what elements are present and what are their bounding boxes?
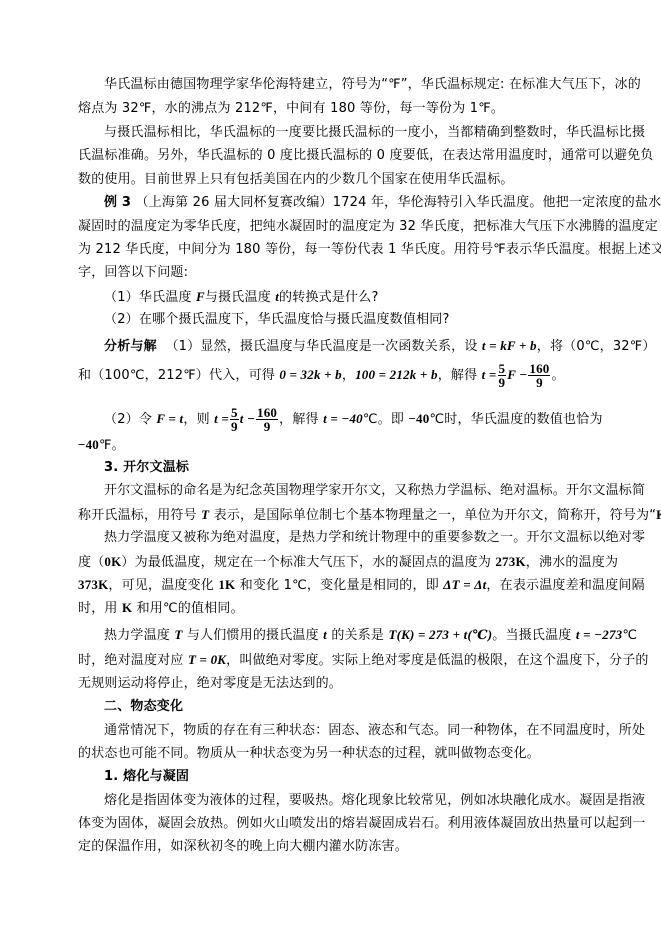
text: 与人们惯用的摄氏温度	[183, 628, 324, 643]
text: ）为最低温度，规定在一个标准大气压下，水的凝固点的温度为	[121, 555, 495, 570]
math-eq: 373K	[78, 577, 108, 592]
paragraph-line: 的状态也可能不同。物质从一种状态变为另一种状态的过程，就叫做物态变化。	[78, 745, 540, 763]
paragraph-line: 度（0K）为最低温度，规定在一个标准大气压下，水的凝固点的温度为 273K，沸水…	[78, 553, 618, 572]
paragraph-line: 开尔文温标的命名是为纪念英国物理学家开尔文，又称热力学温标、绝对温标。开尔文温标…	[104, 482, 645, 500]
text: ，解得	[279, 412, 323, 427]
text: 时，绝对温度对应	[78, 653, 188, 668]
math-eq: 0K	[104, 554, 121, 569]
text: ，解得	[438, 368, 482, 383]
paragraph-line: 华氏温标由德国物理学家华伦海特建立，符号为“℉”，华氏温标规定: 在标准大气压下…	[104, 76, 641, 94]
math-var: F	[196, 289, 205, 304]
example-line: 例 3 （上海第 26 届大同杯复赛改编）1724 年，华伦海特引入华氏温度。他…	[104, 194, 661, 212]
question-1: （1）华氏温度 F与摄氏温度 t的转换式是什么?	[104, 288, 379, 307]
math-var: T	[174, 627, 182, 642]
math-eq: T(K) = 273 + t(℃)	[388, 627, 492, 642]
paragraph-line: 热力学温度 T 与人们惯用的摄氏温度 t 的关系是 T(K) = 273 + t…	[104, 626, 637, 645]
text: 的转换式是什么?	[279, 290, 379, 305]
paragraph-line: 时，绝对温度对应 T = 0K，叫做绝对零度。实际上绝对零度是低温的极限，在这个…	[78, 651, 649, 670]
math-eq: −40	[78, 437, 99, 452]
math-eq: t =	[214, 411, 229, 426]
example-line: 为 212 华氏度，中间分为 180 等份，每一等份代表 1 华氏度。用符号℉表…	[78, 241, 661, 259]
paragraph-line: 体变为固体，凝固会放热。例如火山喷发出的熔岩凝固成岩石。利用液体凝固放出热量可以…	[78, 815, 646, 833]
subsection-heading: 1. 熔化与凝固	[104, 768, 189, 786]
math-eq: 273K	[495, 554, 525, 569]
paragraph-line: 热力学温度又被称为绝对温度，是热力学和统计物理中的重要参数之一。开尔文温标以绝对…	[104, 529, 645, 547]
example-line: 凝固时的温度定为零华氏度，把纯水凝固时的温度定为 32 华氏度，把标准大气压下水…	[78, 218, 658, 236]
paragraph-line: 无规则运动将停止，绝对零度是无法达到的。	[78, 675, 342, 693]
denominator: 9	[528, 376, 550, 389]
text: 和（100℃，212℉）代入，可得	[78, 368, 279, 383]
paragraph-line: 373K，可见，温度变化 1K 和变化 1℃，变化量是相同的，即 ΔT = Δt…	[78, 576, 645, 595]
text: ℉。	[99, 438, 125, 453]
math-eq: t −	[240, 411, 255, 426]
denominator: 9	[498, 376, 507, 389]
text: ，将（0℃，32℉）	[537, 339, 656, 354]
fraction: 1609	[256, 406, 278, 433]
analysis-line: 和（100℃，212℉）代入，可得 0 = 32k + b，100 = 212k…	[78, 361, 565, 390]
text: 称开氏温标，用符号	[78, 508, 201, 523]
analysis-label: 分析与解	[104, 339, 157, 354]
math-eq: ΔT = Δt	[443, 577, 486, 592]
text: ，可见，温度变化	[108, 578, 218, 593]
text: ，叫做绝对零度。实际上绝对零度是低温的极限，在这个温度下，分子的	[226, 653, 648, 668]
math-eq: 100 = 212k + b	[355, 367, 438, 382]
unit: K	[656, 507, 661, 522]
analysis-line: −40℉。	[78, 436, 125, 455]
text: （2）令	[104, 412, 156, 427]
text: ℃。即	[363, 412, 409, 427]
text: 与摄氏温度	[205, 290, 275, 305]
paragraph-line: 与摄氏温标相比，华氏温标的一度要比摄氏温标的一度小，当都精确到整数时，华氏温标比…	[104, 124, 645, 142]
math-eq: −40	[408, 411, 429, 426]
text: （1）华氏温度	[104, 290, 196, 305]
denominator: 9	[256, 420, 278, 433]
paragraph-line: 时，用 K 和用℃的值相同。	[78, 599, 244, 618]
text: 的关系是	[327, 628, 388, 643]
paragraph-line: 数的使用。目前世界上只有包括美国在内的少数几个国家在使用华氏温标。	[78, 171, 514, 189]
numerator: 160	[528, 362, 550, 376]
text: ，	[342, 368, 355, 383]
math-eq: F −	[507, 367, 527, 382]
example-text: （上海第 26 届大同杯复赛改编）1724 年，华伦海特引入华氏温度。他把一定浓…	[136, 195, 661, 210]
text: 时，用	[78, 601, 122, 616]
text: 和变化 1℃，变化量是相同的，即	[235, 578, 443, 593]
text: 度（	[78, 555, 104, 570]
paragraph-line: 称开氏温标，用符号 T 表示，是国际单位制七个基本物理量之一，单位为开尔文，简称…	[78, 506, 661, 525]
section-heading: 3. 开尔文温标	[104, 459, 189, 477]
paragraph-line: 氏温标准确。另外，华氏温标的 0 度比摄氏温标的 0 度要低，在表达常用温度时，…	[78, 147, 653, 165]
math-eq: 0 = 32k + b	[279, 367, 342, 382]
text: 。	[551, 368, 564, 383]
question-2: （2）在哪个摄氏温度下，华氏温度恰与摄氏温度数值相同?	[104, 311, 450, 329]
analysis-line: （2）令 F = t，则 t =59t −1609，解得 t = −40℃。即 …	[104, 405, 603, 434]
denominator: 9	[230, 420, 239, 433]
paragraph-line: 定的保温作用，如深秋初冬的晚上向大棚内灌水防冻害。	[78, 838, 408, 856]
numerator: 5	[498, 362, 507, 376]
math-eq: t = kF + b	[482, 338, 537, 353]
paragraph-line: 通常情况下，物质的存在有三种状态：固态、液态和气态。同一种物体，在不同温度时，所…	[104, 722, 645, 740]
fraction: 1609	[528, 362, 550, 389]
text: 和用℃的值相同。	[132, 601, 244, 616]
paragraph-line: 熔化是指固体变为液体的过程，要吸热。熔化现象比较常见，例如冰块融化成水。凝固是指…	[104, 792, 645, 810]
text: 。当摄氏温度	[492, 628, 576, 643]
paragraph-line: 熔点为 32℉，水的沸点为 212℉，中间有 180 等份，每一等份为 1℉。	[78, 100, 504, 118]
text: 表示，是国际单位制七个基本物理量之一，单位为开尔文，简称开，符号为“	[209, 508, 656, 523]
math-eq: T = 0K	[188, 652, 226, 667]
example-line: 字，回答以下问题:	[78, 264, 188, 282]
math-eq: t = −40	[323, 411, 363, 426]
math-eq: t =	[482, 367, 497, 382]
text: ，则	[183, 412, 214, 427]
text: ，沸水的温度为	[526, 555, 618, 570]
text: ，在表示温度差和温度间隔	[486, 578, 644, 593]
text: ℃	[622, 628, 637, 643]
math-eq: t = −273	[576, 627, 623, 642]
fraction: 59	[498, 362, 507, 389]
text: （1）显然，摄氏温度与华氏温度是一次函数关系，设	[165, 339, 481, 354]
text: 热力学温度	[104, 628, 174, 643]
fraction: 59	[230, 406, 239, 433]
section-heading: 二、物态变化	[104, 698, 183, 716]
math-eq: F = t	[156, 411, 183, 426]
text: ℃时，华氏温度的数值也恰为	[429, 412, 602, 427]
numerator: 160	[256, 406, 278, 420]
example-label: 例 3	[104, 195, 131, 210]
analysis-line: 分析与解 （1）显然，摄氏温度与华氏温度是一次函数关系，设 t = kF + b…	[104, 337, 656, 356]
unit: K	[122, 600, 132, 615]
math-eq: 1K	[218, 577, 235, 592]
numerator: 5	[230, 406, 239, 420]
